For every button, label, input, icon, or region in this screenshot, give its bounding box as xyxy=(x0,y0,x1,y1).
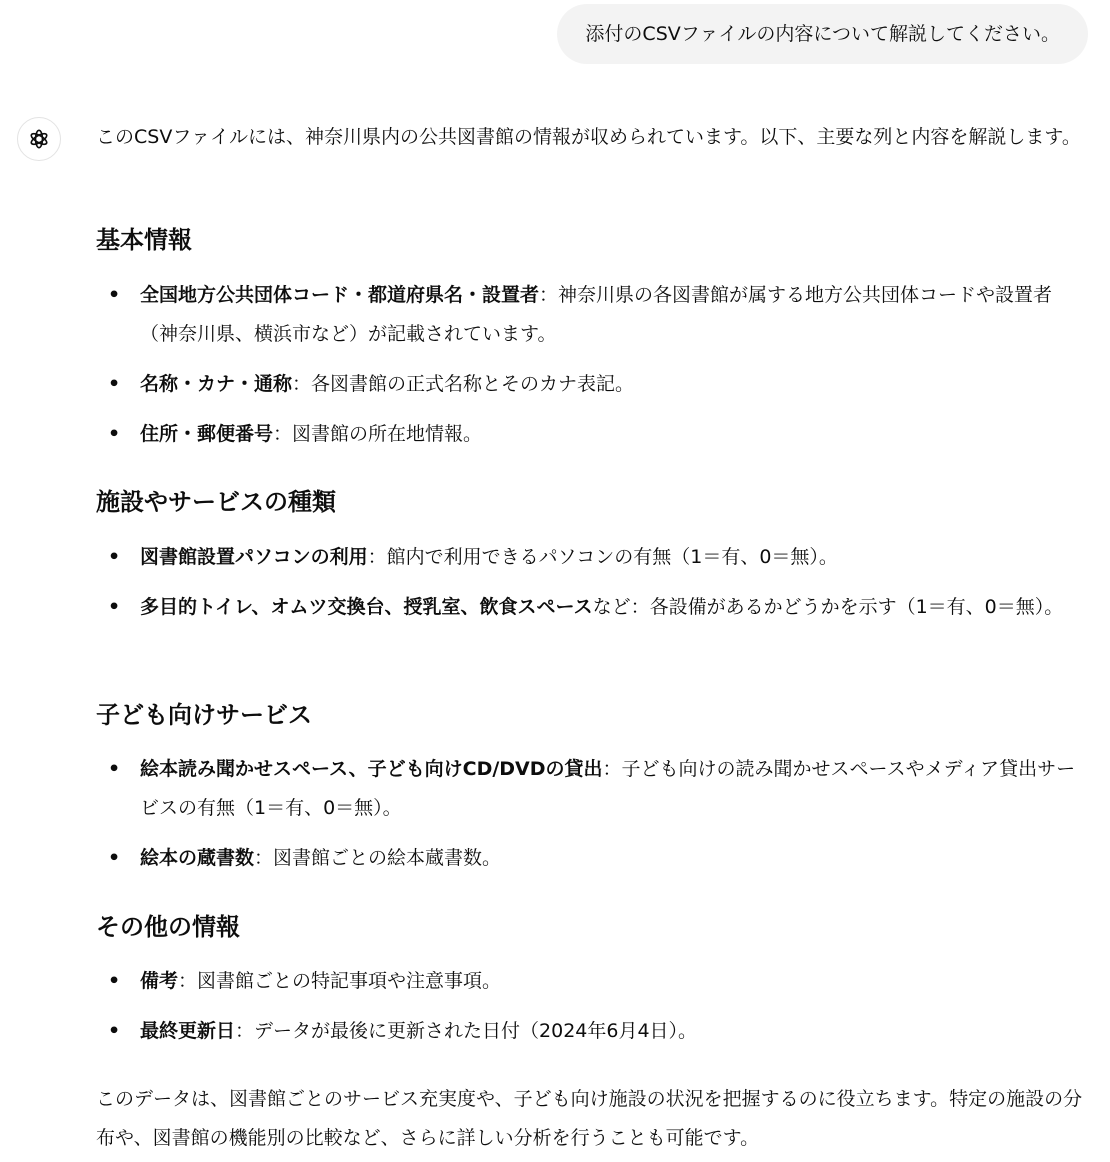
item-desc: ：各図書館の正式名称とそのカナ表記。 xyxy=(292,373,634,395)
list-item: 絵本の蔵書数：図書館ごとの絵本蔵書数。 xyxy=(140,839,1090,878)
conclusion-paragraph: このデータは、図書館ごとのサービス充実度や、子ども向け施設の状況を把握するのに役… xyxy=(96,1080,1090,1158)
item-term: 住所・郵便番号 xyxy=(140,423,273,445)
item-desc: ：館内で利用できるパソコンの有無（1＝有、0＝無）。 xyxy=(368,546,838,568)
list-item: 絵本読み聞かせスペース、子ども向けCD/DVDの貸出：子ども向けの読み聞かせスペ… xyxy=(140,750,1090,828)
section-heading-basic: 基本情報 xyxy=(96,223,1090,257)
item-desc: など：各設備があるかどうかを示す（1＝有、0＝無）。 xyxy=(593,596,1064,618)
item-desc: ：データが最後に更新された日付（2024年6月4日）。 xyxy=(235,1020,697,1042)
section-list-other: 備考：図書館ごとの特記事項や注意事項。 最終更新日：データが最後に更新された日付… xyxy=(96,962,1090,1051)
item-term: 名称・カナ・通称 xyxy=(140,373,292,395)
list-item: 多目的トイレ、オムツ交換台、授乳室、飲食スペースなど：各設備があるかどうかを示す… xyxy=(140,588,1090,627)
item-desc: ：図書館の所在地情報。 xyxy=(273,423,482,445)
user-message-bubble: 添付のCSVファイルの内容について解説してください。 xyxy=(557,4,1088,64)
user-message-row: 添付のCSVファイルの内容について解説してください。 xyxy=(557,4,1088,64)
section-list-children: 絵本読み聞かせスペース、子ども向けCD/DVDの貸出：子ども向けの読み聞かせスペ… xyxy=(96,750,1090,878)
item-term: 絵本の蔵書数 xyxy=(140,847,254,869)
list-item: 名称・カナ・通称：各図書館の正式名称とそのカナ表記。 xyxy=(140,365,1090,404)
openai-logo-icon xyxy=(26,126,52,152)
item-term: 備考 xyxy=(140,970,178,992)
list-item: 図書館設置パソコンの利用：館内で利用できるパソコンの有無（1＝有、0＝無）。 xyxy=(140,538,1090,577)
section-heading-children: 子ども向けサービス xyxy=(96,698,1090,732)
item-desc: ：図書館ごとの特記事項や注意事項。 xyxy=(178,970,501,992)
item-term: 多目的トイレ、オムツ交換台、授乳室、飲食スペース xyxy=(140,596,593,618)
item-term: 絵本読み聞かせスペース、子ども向けCD/DVDの貸出 xyxy=(140,758,603,780)
item-desc: ：図書館ごとの絵本蔵書数。 xyxy=(254,847,501,869)
list-item: 備考：図書館ごとの特記事項や注意事項。 xyxy=(140,962,1090,1001)
list-item: 全国地方公共団体コード・都道府県名・設置者：神奈川県の各図書館が属する地方公共団… xyxy=(140,276,1090,354)
section-list-facilities: 図書館設置パソコンの利用：館内で利用できるパソコンの有無（1＝有、0＝無）。 多… xyxy=(96,538,1090,627)
item-term: 最終更新日 xyxy=(140,1020,235,1042)
intro-paragraph: このCSVファイルには、神奈川県内の公共図書館の情報が収められています。以下、主… xyxy=(96,118,1090,157)
section-heading-facilities: 施設やサービスの種類 xyxy=(96,485,1090,519)
item-term: 全国地方公共団体コード・都道府県名・設置者 xyxy=(140,284,539,306)
section-list-basic: 全国地方公共団体コード・都道府県名・設置者：神奈川県の各図書館が属する地方公共団… xyxy=(96,276,1090,454)
list-item: 住所・郵便番号：図書館の所在地情報。 xyxy=(140,415,1090,454)
section-heading-other: その他の情報 xyxy=(96,910,1090,944)
item-term: 図書館設置パソコンの利用 xyxy=(140,546,368,568)
assistant-avatar xyxy=(17,117,61,161)
list-item: 最終更新日：データが最後に更新された日付（2024年6月4日）。 xyxy=(140,1012,1090,1051)
